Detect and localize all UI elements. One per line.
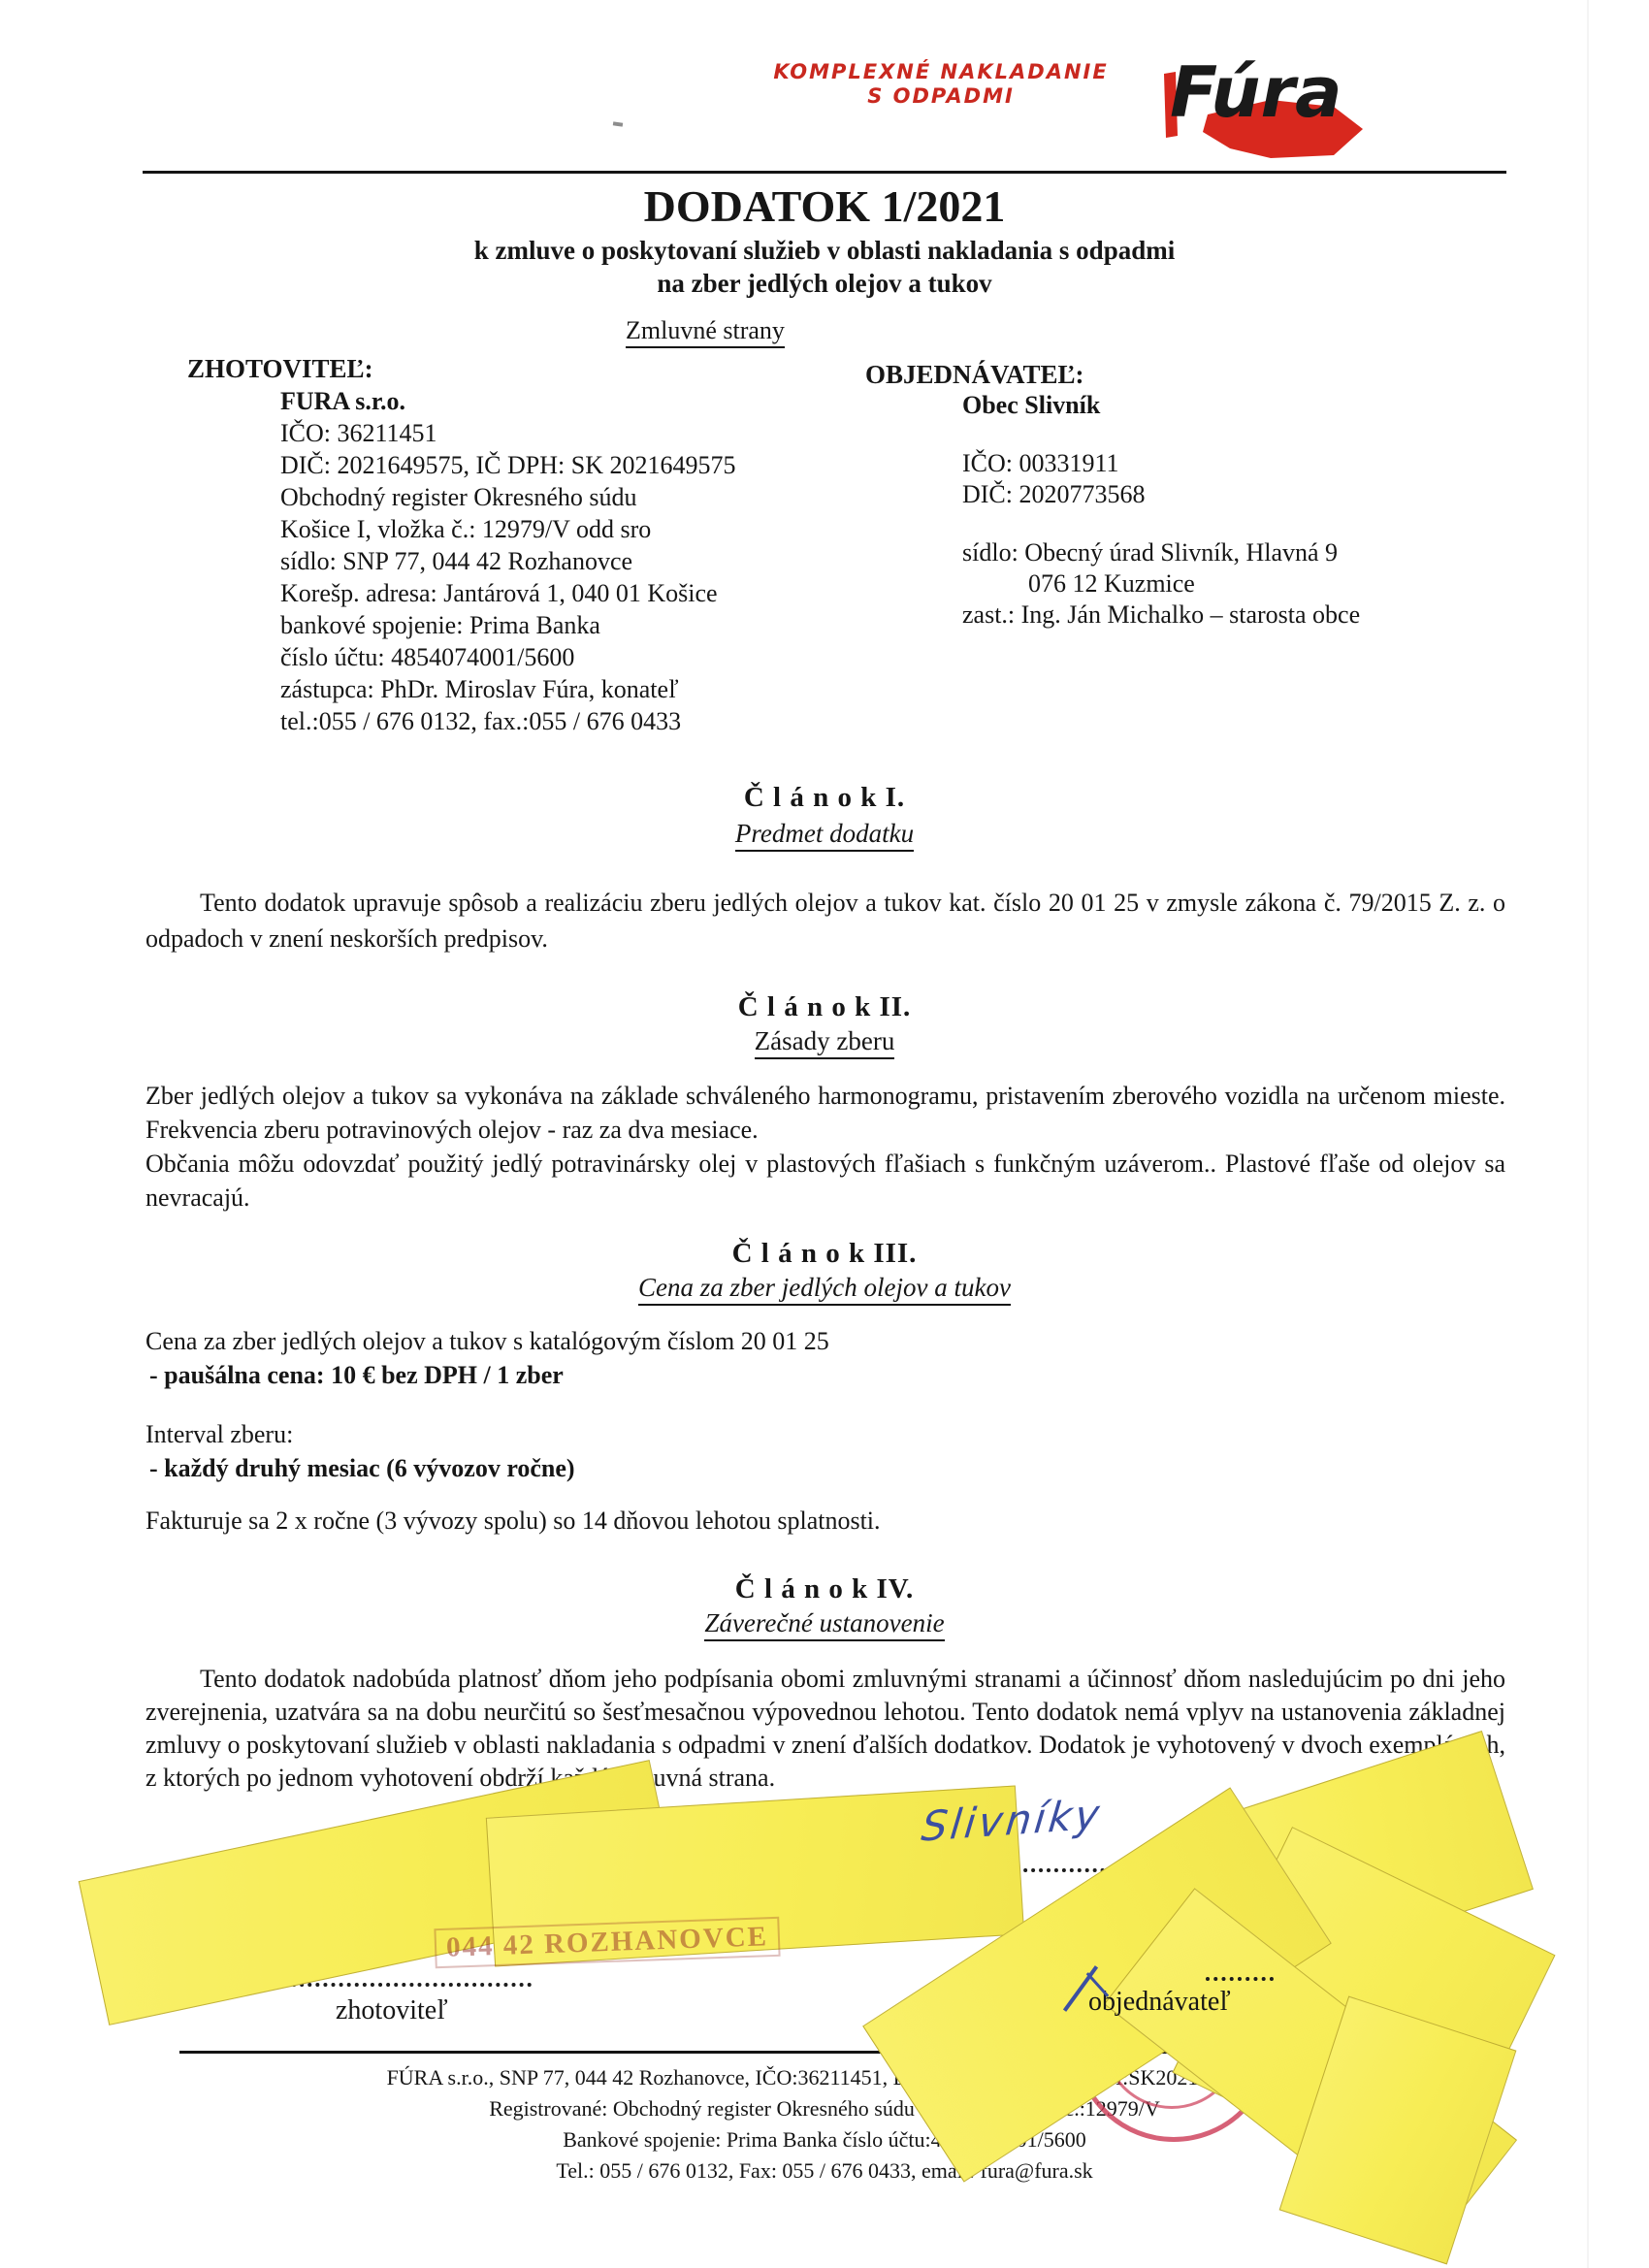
signature-right-role: objednávateľ bbox=[1088, 1987, 1231, 2018]
article-2-subheading: Zásady zberu bbox=[145, 1026, 1503, 1059]
contractor-line: Obchodný register Okresného súdu bbox=[280, 481, 818, 513]
contractor-line: bankové spojenie: Prima Banka bbox=[280, 609, 818, 641]
contractor-line: Korešp. adresa: Jantárová 1, 040 01 Koši… bbox=[280, 577, 818, 609]
contractor-line: DIČ: 2021649575, IČ DPH: SK 2021649575 bbox=[280, 449, 818, 481]
article-4-subheading: Záverečné ustanovenie bbox=[145, 1608, 1503, 1641]
article-3-heading: Č l á n o k III. bbox=[145, 1238, 1503, 1270]
fura-logo-graphic: Fúra bbox=[1154, 47, 1368, 161]
contractor-block: ZHOTOVITEĽ: FURA s.r.o. IČO: 36211451 DI… bbox=[187, 353, 818, 737]
contractor-name: FURA s.r.o. bbox=[280, 385, 818, 417]
contractor-heading: ZHOTOVITEĽ: bbox=[187, 353, 818, 385]
article-4-heading: Č l á n o k IV. bbox=[145, 1573, 1503, 1605]
article-3-line: - paušálna cena: 10 € bez DPH / 1 zber bbox=[149, 1359, 1509, 1392]
contractor-line: zástupca: PhDr. Miroslav Fúra, konateľ bbox=[280, 673, 818, 705]
signature-right-dotted-fragment bbox=[1206, 1956, 1274, 1981]
client-dic: DIČ: 2020773568 bbox=[962, 479, 1467, 510]
article-3-subheading: Cena za zber jedlých olejov a tukov bbox=[145, 1273, 1503, 1306]
scanned-contract-page: KOMPLEXNÉ NAKLADANIE S ODPADMI Fúra DODA… bbox=[0, 0, 1649, 2268]
contractor-line: sídlo: SNP 77, 044 42 Rozhanovce bbox=[280, 545, 818, 577]
article-3-line: Fakturuje sa 2 x ročne (3 vývozy spolu) … bbox=[145, 1505, 1505, 1538]
client-ico: IČO: 00331911 bbox=[962, 448, 1467, 479]
doc-subtitle-1: k zmluve o poskytovaní služieb v oblasti… bbox=[145, 236, 1503, 266]
contractor-line: číslo účtu: 4854074001/5600 bbox=[280, 641, 818, 673]
client-block: OBJEDNÁVATEĽ: Obec Slivník IČO: 00331911… bbox=[865, 359, 1467, 631]
client-zast: zast.: Ing. Ján Michalko – starosta obce bbox=[962, 599, 1467, 631]
doc-title: DODATOK 1/2021 bbox=[145, 180, 1503, 232]
article-1-heading: Č l á n o k I. bbox=[145, 782, 1503, 814]
scan-artifact-line bbox=[1587, 0, 1589, 2268]
logo-tagline-line2: S ODPADMI bbox=[732, 84, 1149, 109]
article-2-paragraph: Občania môžu odovzdať použitý jedlý potr… bbox=[145, 1147, 1505, 1215]
article-2-paragraphs: Zber jedlých olejov a tukov sa vykonáva … bbox=[145, 1079, 1505, 1215]
article-1-paragraph: Tento dodatok upravuje spôsob a realizác… bbox=[145, 885, 1505, 956]
parties-heading: Zmluvné strany bbox=[626, 316, 785, 348]
article-4-paragraph: Tento dodatok nadobúda platnosť dňom jeh… bbox=[145, 1663, 1505, 1795]
contractor-line: IČO: 36211451 bbox=[280, 417, 818, 449]
article-1-subheading: Predmet dodatku bbox=[145, 819, 1503, 852]
contractor-line: tel.:055 / 676 0132, fax.:055 / 676 0433 bbox=[280, 705, 818, 737]
logo-tagline-line1: KOMPLEXNÉ NAKLADANIE bbox=[732, 60, 1149, 84]
contractor-line: Košice I, vložka č.: 12979/V odd sro bbox=[280, 513, 818, 545]
svg-text:Fúra: Fúra bbox=[1170, 51, 1342, 133]
scan-artifact-dash bbox=[613, 121, 623, 126]
article-3-line: - každý druhý mesiac (6 vývozov ročne) bbox=[149, 1452, 1509, 1485]
doc-subtitle-2: na zber jedlých olejov a tukov bbox=[145, 269, 1503, 299]
client-sidlo: sídlo: Obecný úrad Slivník, Hlavná 9 bbox=[962, 537, 1467, 568]
signature-left-role: zhotoviteľ bbox=[336, 1994, 448, 2027]
article-3-line: Cena za zber jedlých olejov a tukov s ka… bbox=[145, 1325, 1505, 1358]
article-3-line: Interval zberu: bbox=[145, 1418, 1505, 1451]
header-rule bbox=[143, 171, 1506, 174]
article-2-paragraph: Zber jedlých olejov a tukov sa vykonáva … bbox=[145, 1079, 1505, 1147]
logo-tagline: KOMPLEXNÉ NAKLADANIE S ODPADMI bbox=[732, 60, 1149, 109]
fura-logo: Fúra bbox=[1154, 47, 1368, 161]
article-2-heading: Č l á n o k II. bbox=[145, 991, 1503, 1023]
client-sidlo2: 076 12 Kuzmice bbox=[1028, 568, 1467, 599]
client-name: Obec Slivník bbox=[962, 390, 1467, 421]
client-heading: OBJEDNÁVATEĽ: bbox=[865, 359, 1467, 390]
